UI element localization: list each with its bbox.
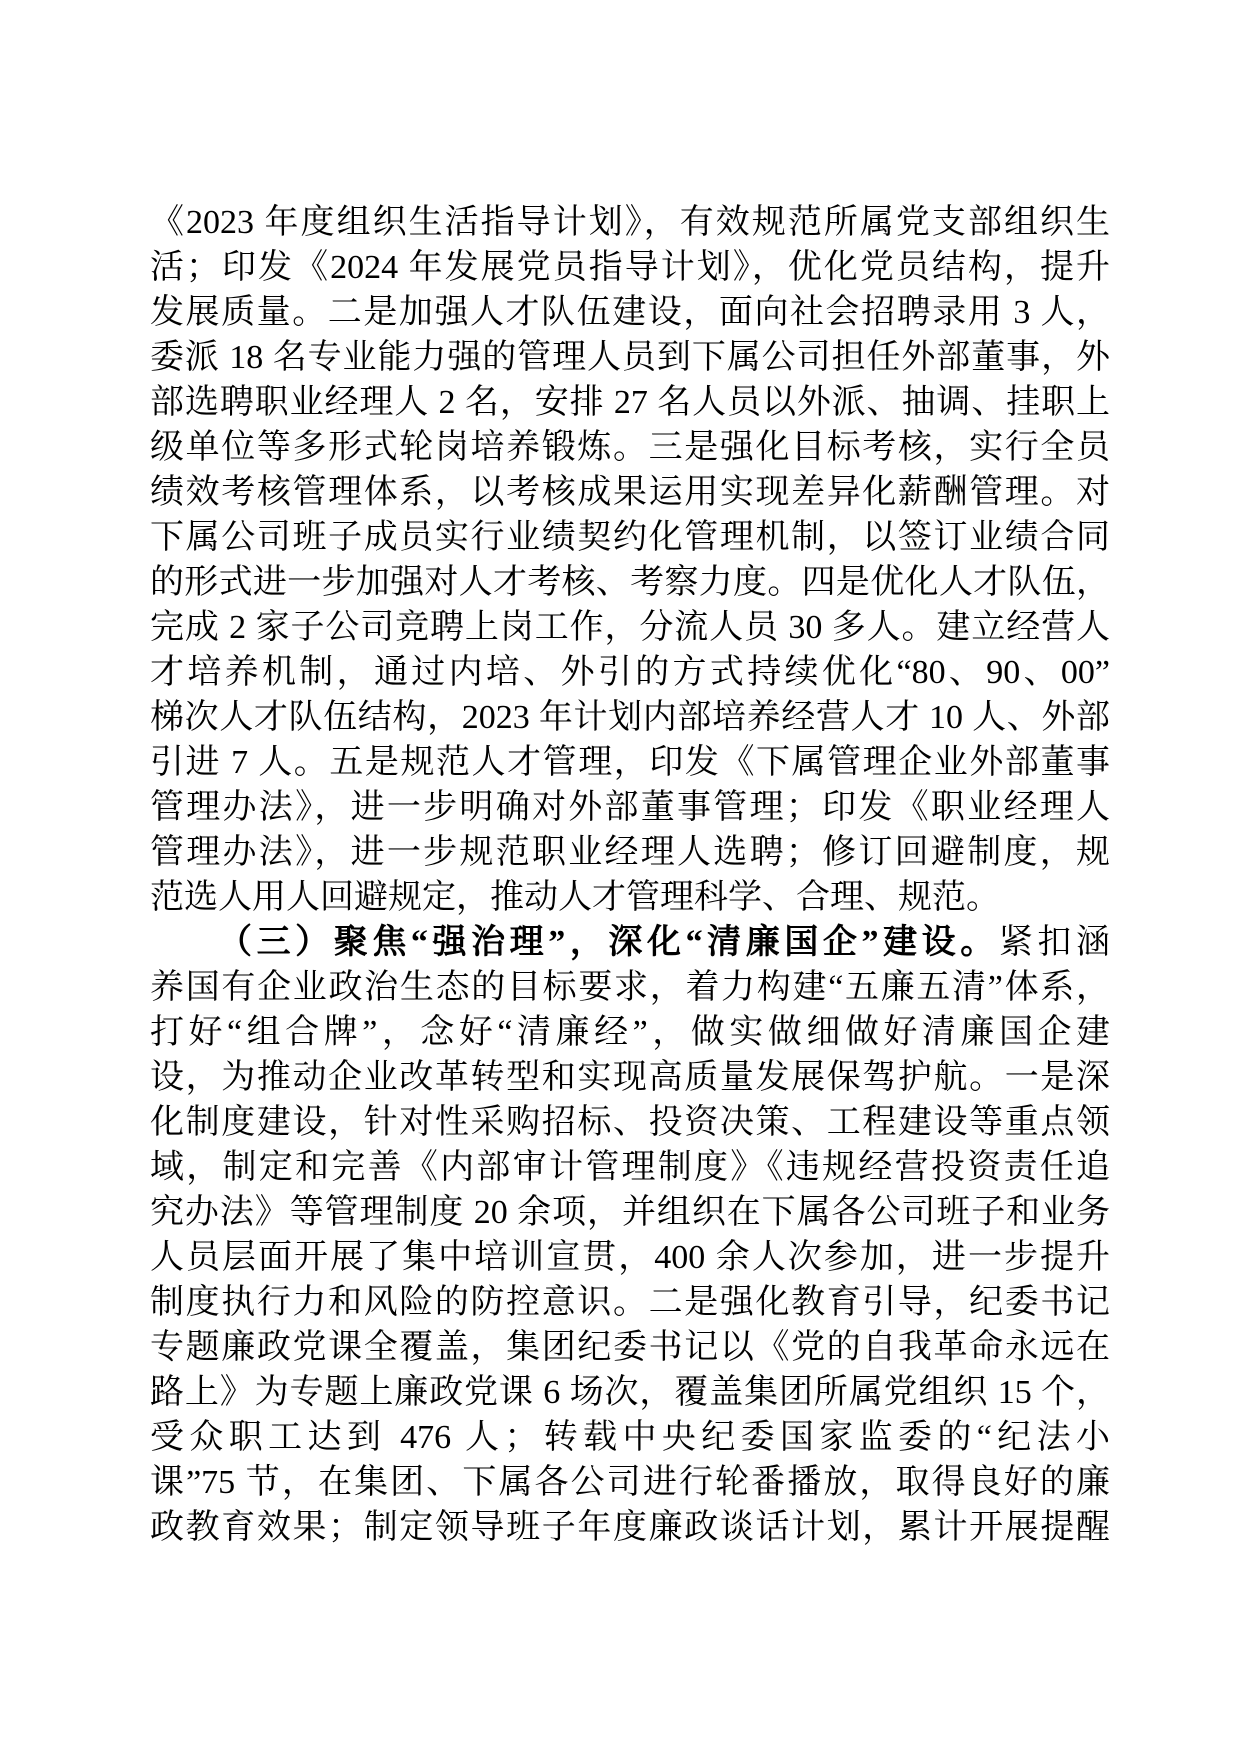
body-text: 制度执行力和风险的防控意识。二是强化教育引导，纪委书记 [150, 1284, 1110, 1321]
body-text: 政教育效果；制定领导班子年度廉政谈话计划，累计开展提醒 [150, 1509, 1110, 1546]
body-text: 养国有企业政治生态的目标要求，着力构建“五廉五清”体系， [150, 969, 1110, 1006]
body-text: 《2023 年度组织生活指导计划》，有效规范所属党支部组织生 [150, 204, 1110, 241]
document-page: 《2023 年度组织生活指导计划》，有效规范所属党支部组织生活；印发《2024 … [0, 0, 1240, 1754]
text-line-7: 绩效考核管理体系，以考核成果运用实现差异化薪酬管理。对 [150, 470, 1110, 515]
text-line-6: 级单位等多形式轮岗培养锻炼。三是强化目标考核，实行全员 [150, 425, 1110, 470]
body-text: 管理办法》，进一步规范职业经理人选聘；修订回避制度，规 [150, 834, 1110, 871]
document-body: 《2023 年度组织生活指导计划》，有效规范所属党支部组织生活；印发《2024 … [150, 200, 1110, 1550]
text-line-28: 受众职工达到 476 人；转载中央纪委国家监委的“纪法小 [150, 1415, 1110, 1460]
text-line-5: 部选聘职业经理人 2 名，安排 27 名人员以外派、抽调、挂职上 [150, 380, 1110, 425]
body-text: 域，制定和完善《内部审计管理制度》《违规经营投资责任追 [150, 1149, 1110, 1186]
body-text: 受众职工达到 476 人；转载中央纪委国家监委的“纪法小 [150, 1419, 1110, 1456]
text-line-17: （三）聚焦“强治理”，深化“清廉国企”建设。紧扣涵 [150, 920, 1110, 965]
text-line-10: 完成 2 家子公司竞聘上岗工作，分流人员 30 多人。建立经营人 [150, 605, 1110, 650]
text-line-3: 发展质量。二是加强人才队伍建设，面向社会招聘录用 3 人， [150, 290, 1110, 335]
text-line-4: 委派 18 名专业能力强的管理人员到下属公司担任外部董事，外 [150, 335, 1110, 380]
body-text: 设，为推动企业改革转型和实现高质量发展保驾护航。一是深 [150, 1059, 1110, 1096]
text-line-20: 设，为推动企业改革转型和实现高质量发展保驾护航。一是深 [150, 1055, 1110, 1100]
text-line-11: 才培养机制，通过内培、外引的方式持续优化“80、90、00” [150, 650, 1110, 695]
body-text: 梯次人才队伍结构，2023 年计划内部培养经营人才 10 人、外部 [150, 699, 1110, 736]
body-text: 究办法》等管理制度 20 余项，并组织在下属各公司班子和业务 [150, 1194, 1110, 1231]
body-text: 引进 7 人。五是规范人才管理，印发《下属管理企业外部董事 [150, 744, 1110, 781]
text-line-30: 政教育效果；制定领导班子年度廉政谈话计划，累计开展提醒 [150, 1505, 1110, 1550]
text-line-14: 管理办法》，进一步明确对外部董事管理；印发《职业经理人 [150, 785, 1110, 830]
body-text: 发展质量。二是加强人才队伍建设，面向社会招聘录用 3 人， [150, 294, 1110, 331]
body-text: 人员层面开展了集中培训宣贯，400 余人次参加，进一步提升 [150, 1239, 1110, 1276]
text-line-23: 究办法》等管理制度 20 余项，并组织在下属各公司班子和业务 [150, 1190, 1110, 1235]
text-line-21: 化制度建设，针对性采购招标、投资决策、工程建设等重点领 [150, 1100, 1110, 1145]
body-text: 化制度建设，针对性采购招标、投资决策、工程建设等重点领 [150, 1104, 1110, 1141]
text-line-12: 梯次人才队伍结构，2023 年计划内部培养经营人才 10 人、外部 [150, 695, 1110, 740]
text-line-29: 课”75 节，在集团、下属各公司进行轮番播放，取得良好的廉 [150, 1460, 1110, 1505]
text-line-9: 的形式进一步加强对人才考核、考察力度。四是优化人才队伍， [150, 560, 1110, 605]
text-line-2: 活；印发《2024 年发展党员指导计划》，优化党员结构，提升 [150, 245, 1110, 290]
body-text: 的形式进一步加强对人才考核、考察力度。四是优化人才队伍， [150, 564, 1110, 601]
text-line-19: 打好“组合牌”，念好“清廉经”，做实做细做好清廉国企建 [150, 1010, 1110, 1055]
text-line-25: 制度执行力和风险的防控意识。二是强化教育引导，纪委书记 [150, 1280, 1110, 1325]
body-text: 管理办法》，进一步明确对外部董事管理；印发《职业经理人 [150, 789, 1110, 826]
text-line-16: 范选人用人回避规定，推动人才管理科学、合理、规范。 [150, 875, 1110, 920]
body-text: 级单位等多形式轮岗培养锻炼。三是强化目标考核，实行全员 [150, 429, 1110, 466]
body-text: 绩效考核管理体系，以考核成果运用实现差异化薪酬管理。对 [150, 474, 1110, 511]
body-text: 部选聘职业经理人 2 名，安排 27 名人员以外派、抽调、挂职上 [150, 384, 1110, 421]
text-line-18: 养国有企业政治生态的目标要求，着力构建“五廉五清”体系， [150, 965, 1110, 1010]
text-line-15: 管理办法》，进一步规范职业经理人选聘；修订回避制度，规 [150, 830, 1110, 875]
text-line-26: 专题廉政党课全覆盖，集团纪委书记以《党的自我革命永远在 [150, 1325, 1110, 1370]
text-line-1: 《2023 年度组织生活指导计划》，有效规范所属党支部组织生 [150, 200, 1110, 245]
body-text: 活；印发《2024 年发展党员指导计划》，优化党员结构，提升 [150, 249, 1110, 286]
text-line-13: 引进 7 人。五是规范人才管理，印发《下属管理企业外部董事 [150, 740, 1110, 785]
body-text: 才培养机制，通过内培、外引的方式持续优化“80、90、00” [150, 654, 1110, 691]
text-line-27: 路上》为专题上廉政党课 6 场次，覆盖集团所属党组织 15 个， [150, 1370, 1110, 1415]
body-text: 专题廉政党课全覆盖，集团纪委书记以《党的自我革命永远在 [150, 1329, 1110, 1366]
bold-heading-text: （三）聚焦“强治理”，深化“清廉国企”建设。 [218, 924, 999, 961]
text-line-22: 域，制定和完善《内部审计管理制度》《违规经营投资责任追 [150, 1145, 1110, 1190]
body-text: 下属公司班子成员实行业绩契约化管理机制，以签订业绩合同 [150, 519, 1110, 556]
body-text: 紧扣涵 [999, 924, 1110, 961]
body-text: 完成 2 家子公司竞聘上岗工作，分流人员 30 多人。建立经营人 [150, 609, 1110, 646]
body-text: 打好“组合牌”，念好“清廉经”，做实做细做好清廉国企建 [150, 1014, 1110, 1051]
body-text: 委派 18 名专业能力强的管理人员到下属公司担任外部董事，外 [150, 339, 1110, 376]
body-text: 课”75 节，在集团、下属各公司进行轮番播放，取得良好的廉 [150, 1464, 1110, 1501]
body-text: 范选人用人回避规定，推动人才管理科学、合理、规范。 [150, 879, 1000, 916]
text-line-24: 人员层面开展了集中培训宣贯，400 余人次参加，进一步提升 [150, 1235, 1110, 1280]
body-text: 路上》为专题上廉政党课 6 场次，覆盖集团所属党组织 15 个， [150, 1374, 1110, 1411]
text-line-8: 下属公司班子成员实行业绩契约化管理机制，以签订业绩合同 [150, 515, 1110, 560]
